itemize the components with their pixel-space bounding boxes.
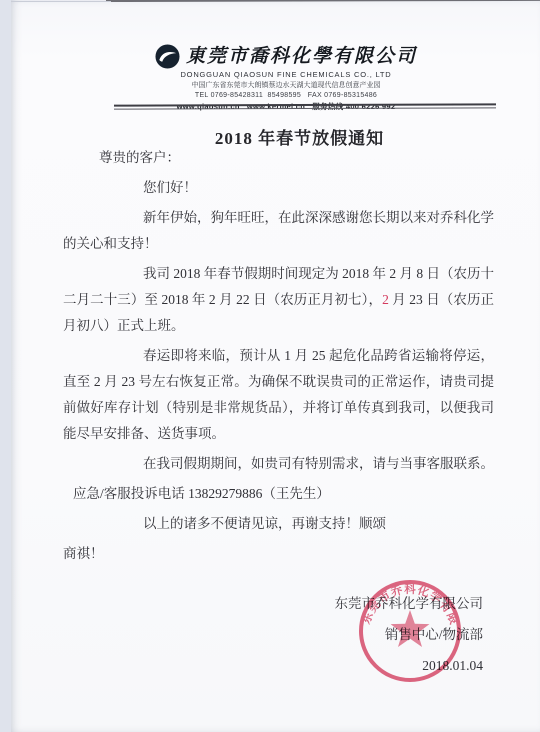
scan-edge-line-light — [11, 1, 111, 2]
paragraph-text: 您们好！ — [143, 180, 197, 195]
paragraph-text: 以上的诸多不便请见谅，再谢支持！顺颂 — [143, 516, 386, 531]
letterhead-brand-row: 東莞市喬科化學有限公司 — [41, 44, 531, 69]
paragraph: 您们好！ — [63, 175, 494, 201]
paragraph: 以上的诸多不便请见谅，再谢支持！顺颂 — [63, 511, 494, 537]
company-name-cn: 東莞市喬科化學有限公司 — [186, 45, 417, 69]
company-address: 中国广东省东莞市大朗镇蔡边水天湖大道现代信息创意产业园 — [41, 82, 531, 91]
letter-page: 東莞市喬科化學有限公司 DONGGUAN QIAOSUN FINE CHEMIC… — [11, 0, 540, 732]
scan-edge-line — [106, 0, 540, 2]
paragraph: 商祺！ — [63, 541, 494, 567]
paragraph: 新年伊始，狗年旺旺，在此深深感谢您长期以来对乔科化学的关心和支持！ — [63, 205, 494, 257]
paragraph-text: 在我司假期期间，如贵司有特别需求，请与当事客服联系。 — [143, 456, 494, 471]
signoff-date: 2018.01.04 — [335, 650, 484, 681]
paragraph-text: 新年伊始，狗年旺旺，在此深深感谢您长期以来对乔科化学的关心和支持！ — [63, 210, 494, 251]
paragraph-text: 春运即将来临，预计从 1 月 25 起危化品跨省运输将停运，直至 2 月 23 … — [63, 348, 494, 441]
letterhead: 東莞市喬科化學有限公司 DONGGUAN QIAOSUN FINE CHEMIC… — [41, 44, 531, 111]
paragraph-text: 商祺！ — [63, 546, 104, 561]
paragraph: 应急/客服投诉电话 13829279886（王先生） — [63, 481, 494, 507]
paragraph-text: 应急/客服投诉电话 13829279886（王先生） — [73, 486, 330, 501]
company-name-en: DONGGUAN QIAOSUN FINE CHEMICALS CO., LTD — [41, 70, 531, 79]
company-tel-fax: TEL 0769-85428311 85498595 FAX 0769-8531… — [41, 92, 531, 101]
signoff-block: 东莞市乔科化学有限公司 销售中心/物流部 2018.01.04 — [335, 588, 484, 681]
paragraph: 尊贵的客户： — [63, 145, 494, 171]
paragraph-text: 尊贵的客户： — [99, 150, 180, 165]
red-annotation-digit: 2 — [382, 292, 389, 307]
paragraph: 我司 2018 年春节假期时间现定为 2018 年 2 月 8 日（农历十二月二… — [63, 261, 494, 339]
signoff-department: 销售中心/物流部 — [335, 619, 484, 650]
signoff-company: 东莞市乔科化学有限公司 — [335, 588, 484, 619]
paragraph: 春运即将来临，预计从 1 月 25 起危化品跨省运输将停运，直至 2 月 23 … — [63, 343, 494, 447]
company-logo-icon — [155, 44, 180, 69]
body-paragraphs: 尊贵的客户：您们好！新年伊始，狗年旺旺，在此深深感谢您长期以来对乔科化学的关心和… — [63, 145, 494, 571]
paragraph: 在我司假期期间，如贵司有特别需求，请与当事客服联系。 — [63, 451, 494, 477]
